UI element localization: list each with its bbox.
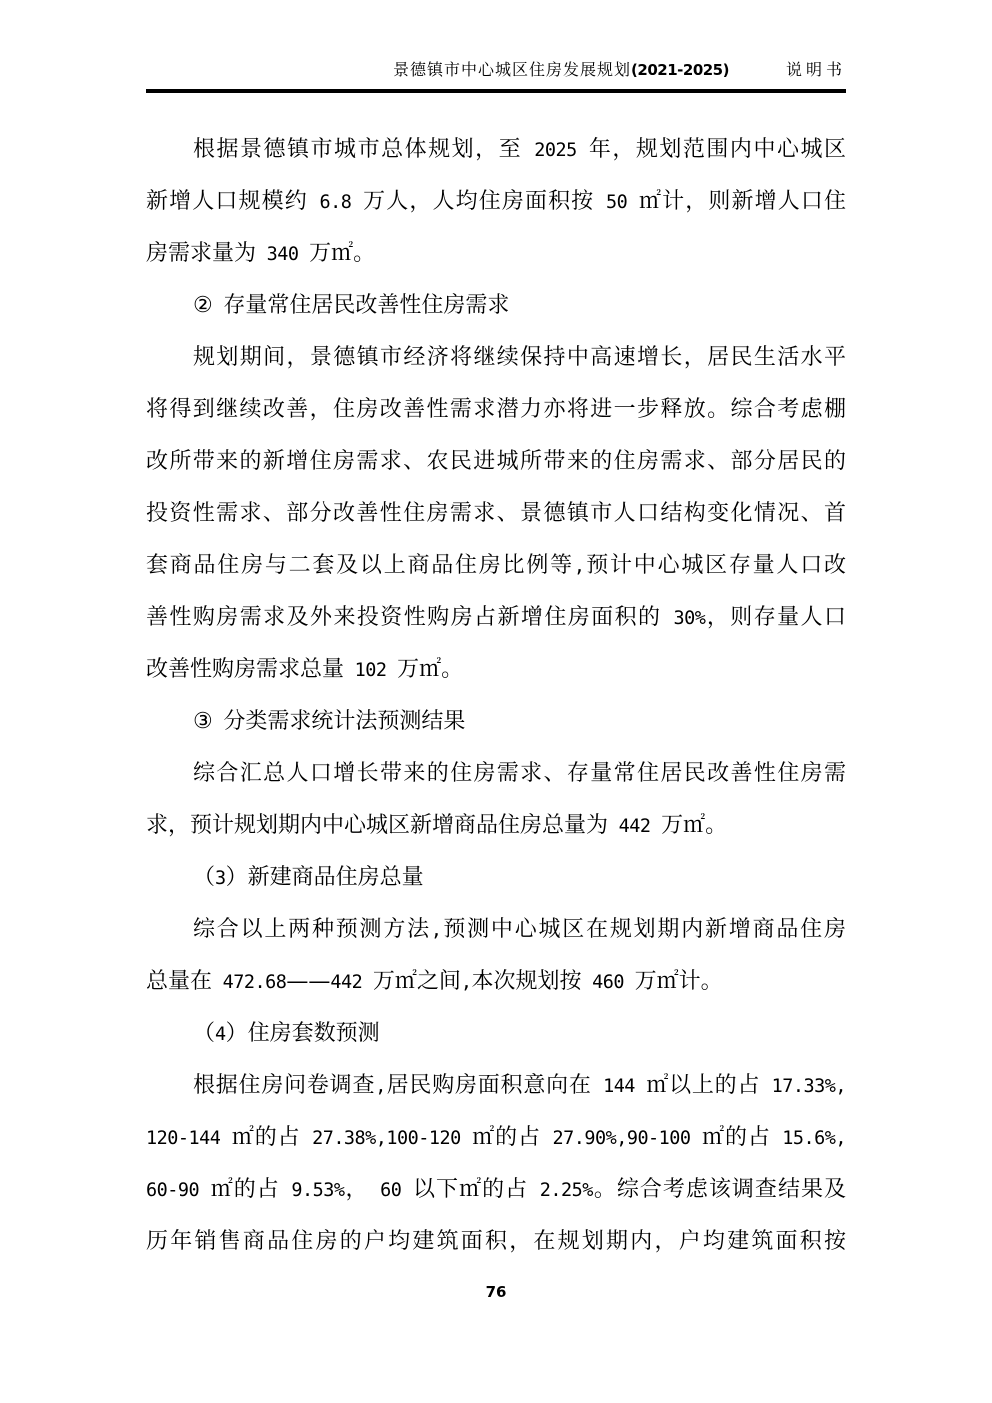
header-title: 景德镇市中心城区住房发展规划(2021-2025) bbox=[393, 58, 729, 82]
text-line: 将得到继续改善，住房改善性需求潜力亦将进一步释放。综合考虑棚 bbox=[146, 384, 846, 436]
text-line: 套商品住房与二套及以上商品住房比例等,预计中心城区存量人口改 bbox=[146, 540, 846, 592]
page-number: 76 bbox=[486, 1283, 507, 1301]
text-line: 投资性需求、部分改善性住房需求、景德镇市人口结构变化情况、首 bbox=[146, 488, 846, 540]
text-line: 规划期间，景德镇市经济将继续保持中高速增长，居民生活水平 bbox=[146, 332, 846, 384]
text-line: 改所带来的新增住房需求、农民进城所带来的住房需求、部分居民的 bbox=[146, 436, 846, 488]
header-title-years: (2021-2025) bbox=[631, 61, 729, 79]
header-doc-type: 说明书 bbox=[786, 58, 846, 82]
text-line: 求，预计规划期内中心城区新增商品住房总量为 442 万㎡。 bbox=[146, 800, 846, 852]
text-line: ③ 分类需求统计法预测结果 bbox=[146, 696, 846, 748]
text-line: 善性购房需求及外来投资性购房占新增住房面积的 30%，则存量人口 bbox=[146, 592, 846, 644]
text-line: 60-90 ㎡的占 9.53%， 60 以下㎡的占 2.25%。综合考虑该调查结… bbox=[146, 1164, 846, 1216]
header-title-text: 景德镇市中心城区住房发展规划 bbox=[393, 60, 631, 79]
text-line: （4）住房套数预测 bbox=[146, 1008, 846, 1060]
text-line: 新增人口规模约 6.8 万人，人均住房面积按 50 ㎡计，则新增人口住 bbox=[146, 176, 846, 228]
text-line: 综合以上两种预测方法,预测中心城区在规划期内新增商品住房 bbox=[146, 904, 846, 956]
text-line: 综合汇总人口增长带来的住房需求、存量常住居民改善性住房需 bbox=[146, 748, 846, 800]
page-footer: 76 bbox=[146, 1282, 846, 1301]
text-line: （3）新建商品住房总量 bbox=[146, 852, 846, 904]
document-body: 根据景德镇市城市总体规划，至 2025 年，规划范围内中心城区新增人口规模约 6… bbox=[146, 124, 846, 1268]
text-line: 根据住房问卷调查,居民购房面积意向在 144 ㎡以上的占 17.33%, bbox=[146, 1060, 846, 1112]
text-line: 120-144 ㎡的占 27.38%,100-120 ㎡的占 27.90%,90… bbox=[146, 1112, 846, 1164]
document-page: 景德镇市中心城区住房发展规划(2021-2025) 说明书 根据景德镇市城市总体… bbox=[0, 0, 992, 1403]
text-line: ② 存量常住居民改善性住房需求 bbox=[146, 280, 846, 332]
text-line: 历年销售商品住房的户均建筑面积，在规划期内，户均建筑面积按 bbox=[146, 1216, 846, 1268]
text-line: 总量在 472.68——442 万㎡之间,本次规划按 460 万㎡计。 bbox=[146, 956, 846, 1008]
page-header: 景德镇市中心城区住房发展规划(2021-2025) 说明书 bbox=[146, 0, 846, 93]
text-line: 房需求量为 340 万㎡。 bbox=[146, 228, 846, 280]
text-line: 改善性购房需求总量 102 万㎡。 bbox=[146, 644, 846, 696]
text-line: 根据景德镇市城市总体规划，至 2025 年，规划范围内中心城区 bbox=[146, 124, 846, 176]
